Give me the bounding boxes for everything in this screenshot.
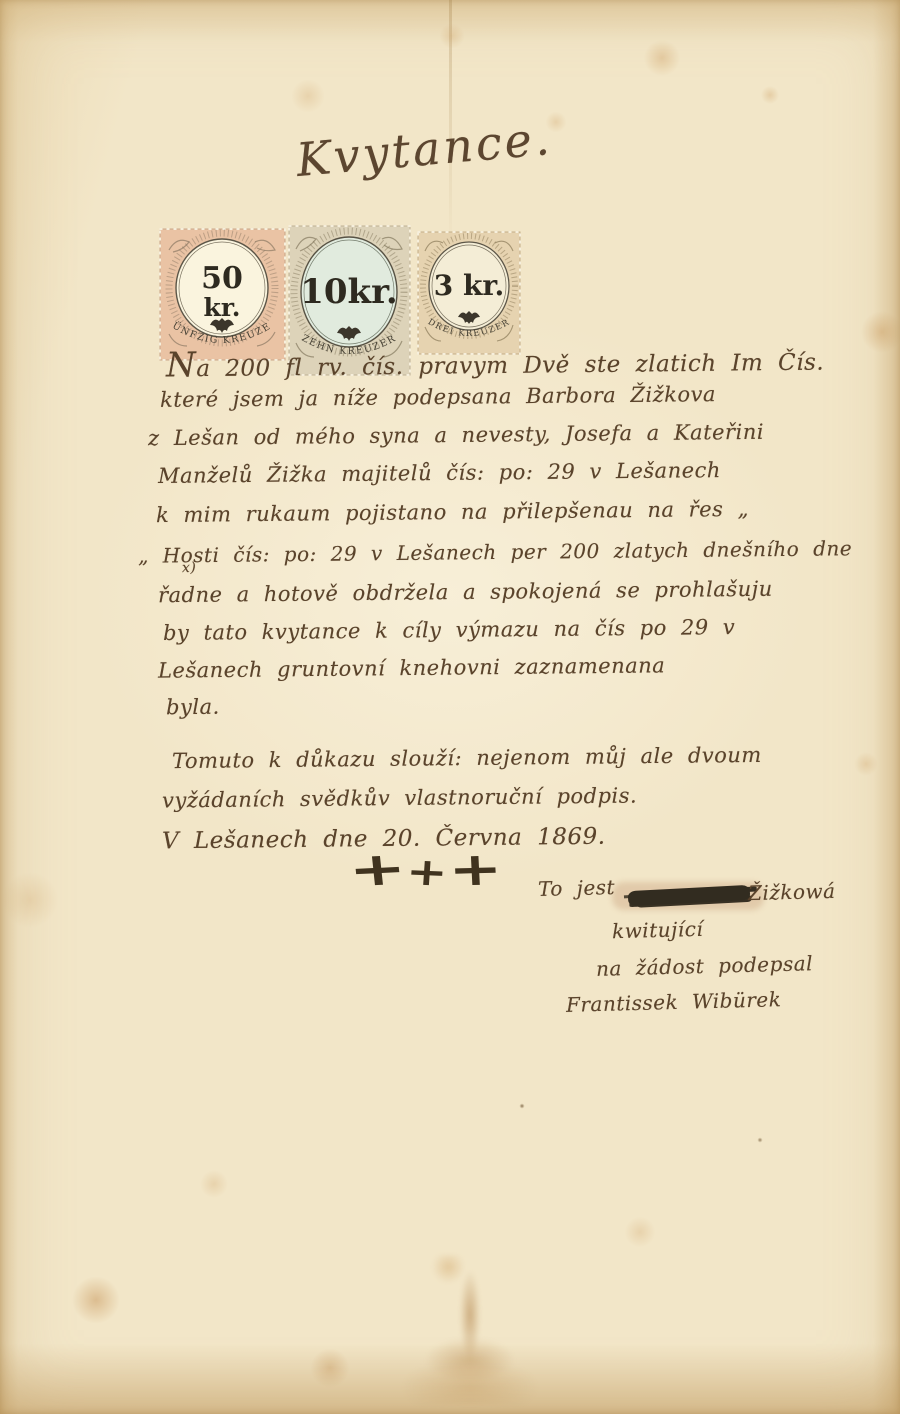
cross-mark: + <box>447 841 504 896</box>
signature-line: kwitující <box>612 917 704 943</box>
signature-name: Frantissek Wibürek <box>566 987 782 1017</box>
body-line: Manželů Žižka majitelů čís: po: 29 v Leš… <box>158 458 721 488</box>
revenue-stamp-50kr: 50 kr. FÜNFZIG KREUZER <box>159 228 286 361</box>
stamp-value: 3 kr. <box>434 269 505 302</box>
body-line: byla. <box>166 695 220 720</box>
cross-mark: + <box>404 849 448 895</box>
body-line: „ Hosti čís: po: 29 v Lešanech per 200 z… <box>138 536 852 567</box>
body-line: k mim rukaum pojistano na přilepšenau na… <box>156 497 749 527</box>
revenue-stamp-3kr: 3 kr. DREI KREUZER <box>417 231 521 355</box>
body-line: Lešanech gruntovní knehovni zaznamenana <box>158 653 665 682</box>
body-line: z Lešan od mého syna a nevesty, Josefa a… <box>148 420 764 450</box>
body-line: vyžádaních svědkův vlastnoruční podpis. <box>162 784 637 813</box>
page-title: Kvytance. <box>294 111 554 187</box>
body-line: by tato kvytance k cíly výmazu na čís po… <box>163 615 735 645</box>
stamp-value: 10kr. <box>300 272 398 312</box>
signature-cross-marks: +++ <box>358 842 509 896</box>
body-line: Tomuto k důkazu slouží: nejenom můj ale … <box>172 743 762 773</box>
body-line: které jsem ja níže podepsana Barbora Žiž… <box>160 382 716 412</box>
signature-line: na žádost podepsal <box>596 951 814 981</box>
signature-line: To jest <box>538 875 616 901</box>
body-line: řadne a hotově obdržela a spokojená se p… <box>158 577 773 607</box>
stamp-value: 50 <box>201 261 243 296</box>
signature-surname: Žižkowá <box>748 879 836 905</box>
insertion-mark: x) <box>182 560 197 576</box>
cross-mark: + <box>346 841 409 898</box>
document-scan: Kvytance. 50 kr. FÜNFZIG KREUZER <box>0 0 900 1414</box>
body-line: Na 200 fl rv. čís. pravym Dvě ste zlatic… <box>166 339 825 386</box>
stamp-value-unit: kr. <box>204 293 241 322</box>
water-stain <box>380 1255 560 1405</box>
